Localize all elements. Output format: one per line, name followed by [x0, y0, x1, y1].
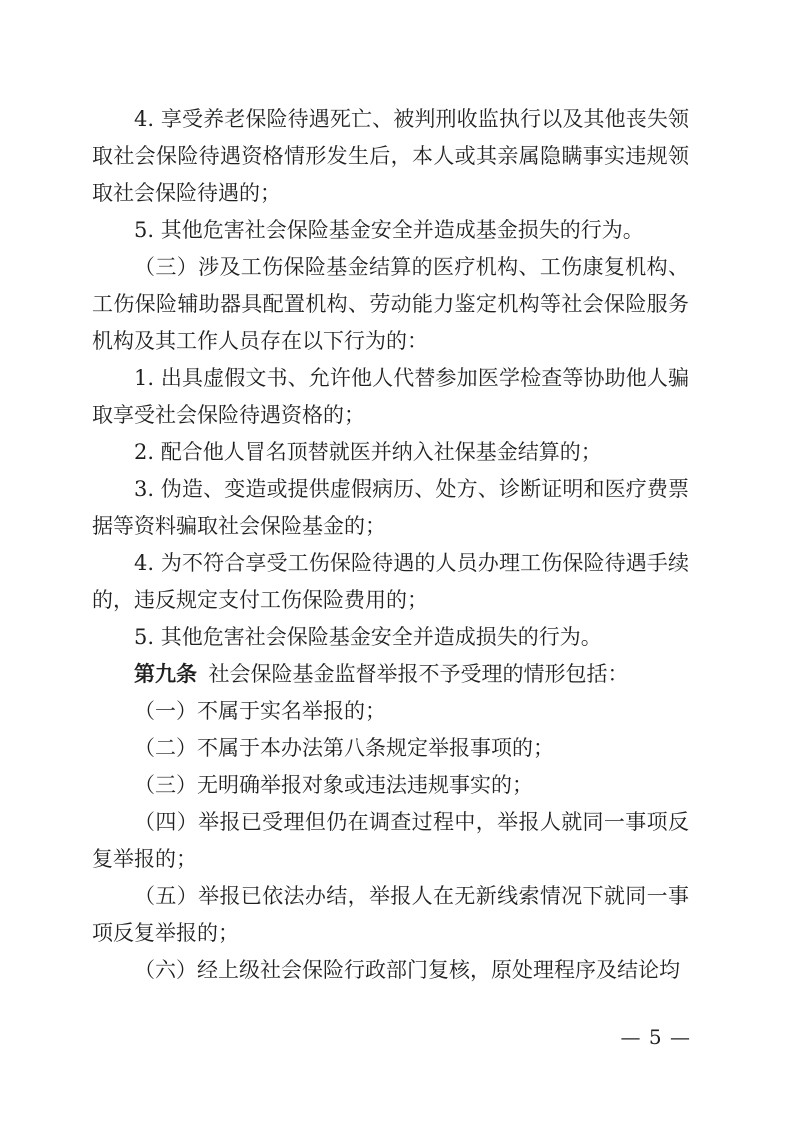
paragraph: 4. 为不符合享受工伤保险待遇的人员办理工伤保险待遇手续的，违反规定支付工伤保险… [92, 545, 689, 619]
paragraph: （四）举报已受理但仍在调查过程中，举报人就同一事项反复举报的； [92, 804, 689, 878]
paragraph: 第九条社会保险基金监督举报不予受理的情形包括： [92, 656, 689, 693]
paragraph-text: 3. 伪造、变造或提供虚假病历、处方、诊断证明和医疗费票据等资料骗取社会保险基金… [92, 477, 689, 538]
paragraph: （三）无明确举报对象或违法违规事实的； [92, 767, 689, 804]
paragraph-text: 4. 为不符合享受工伤保险待遇的人员办理工伤保险待遇手续的，违反规定支付工伤保险… [92, 551, 689, 612]
paragraph-text: （五）举报已依法办结，举报人在无新线索情况下就同一事项反复举报的； [92, 884, 689, 945]
paragraph-text: 4. 享受养老保险待遇死亡、被判刑收监执行以及其他丧失领取社会保险待遇资格情形发… [92, 107, 689, 205]
paragraph-text: （六）经上级社会保险行政部门复核，原处理程序及结论均 [134, 958, 680, 982]
paragraph: （二）不属于本办法第八条规定举报事项的； [92, 730, 689, 767]
paragraph-text: （二）不属于本办法第八条规定举报事项的； [134, 736, 554, 760]
page-number: — 5 — [621, 1025, 691, 1049]
document-page: 4. 享受养老保险待遇死亡、被判刑收监执行以及其他丧失领取社会保险待遇资格情形发… [0, 0, 793, 1121]
paragraph-text: （三）涉及工伤保险基金结算的医疗机构、工伤康复机构、工伤保险辅助器具配置机构、劳… [92, 255, 689, 353]
paragraph-text: 5. 其他危害社会保险基金安全并造成损失的行为。 [134, 625, 602, 649]
paragraph: 5. 其他危害社会保险基金安全并造成基金损失的行为。 [92, 212, 689, 249]
paragraph-text: （三）无明确举报对象或违法违规事实的； [134, 773, 533, 797]
paragraph-text: 2. 配合他人冒名顶替就医并纳入社保基金结算的； [134, 440, 602, 464]
paragraph-text: （一）不属于实名举报的； [134, 699, 386, 723]
paragraph: （一）不属于实名举报的； [92, 693, 689, 730]
paragraph: 2. 配合他人冒名顶替就医并纳入社保基金结算的； [92, 434, 689, 471]
paragraph: 5. 其他危害社会保险基金安全并造成损失的行为。 [92, 619, 689, 656]
paragraph: 1. 出具虚假文书、允许他人代替参加医学检查等协助他人骗取享受社会保险待遇资格的… [92, 360, 689, 434]
paragraph-text: 1. 出具虚假文书、允许他人代替参加医学检查等协助他人骗取享受社会保险待遇资格的… [92, 366, 689, 427]
article-number: 第九条 [134, 662, 197, 686]
paragraph: 4. 享受养老保险待遇死亡、被判刑收监执行以及其他丧失领取社会保险待遇资格情形发… [92, 101, 689, 212]
paragraph-text: 5. 其他危害社会保险基金安全并造成基金损失的行为。 [134, 218, 644, 242]
paragraph: （六）经上级社会保险行政部门复核，原处理程序及结论均 [92, 952, 689, 989]
page-footer: — 5 — [0, 1023, 691, 1051]
paragraph-text: 社会保险基金监督举报不予受理的情形包括： [209, 662, 629, 686]
paragraph-text: （四）举报已受理但仍在调查过程中，举报人就同一事项反复举报的； [92, 810, 689, 871]
paragraph: （三）涉及工伤保险基金结算的医疗机构、工伤康复机构、工伤保险辅助器具配置机构、劳… [92, 249, 689, 360]
paragraph: （五）举报已依法办结，举报人在无新线索情况下就同一事项反复举报的； [92, 878, 689, 952]
paragraph: 3. 伪造、变造或提供虚假病历、处方、诊断证明和医疗费票据等资料骗取社会保险基金… [92, 471, 689, 545]
document-body: 4. 享受养老保险待遇死亡、被判刑收监执行以及其他丧失领取社会保险待遇资格情形发… [92, 101, 689, 989]
